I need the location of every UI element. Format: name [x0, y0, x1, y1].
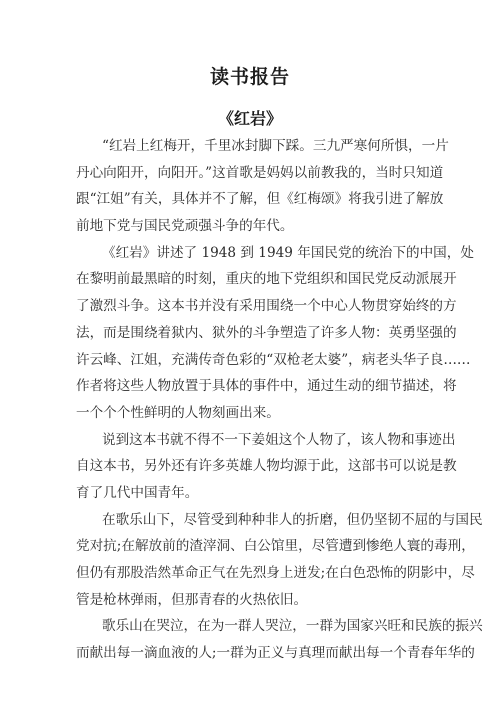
paragraph-line: 育了几代中国青年。	[76, 480, 428, 507]
paragraph-line: 在黎明前最黑暗的时刻，重庆的地下党组织和国民党反动派展开	[76, 266, 428, 293]
paragraph-line: “红岩上红梅开，千里冰封脚下踩。三九严寒何所惧，一片	[76, 133, 428, 160]
paragraph-line: 自这本书，另外还有许多英雄人物均源于此，这部书可以说是教	[76, 453, 428, 480]
paragraph-line: 管是枪林弹雨，但那青春的火热依旧。	[76, 587, 428, 614]
paragraph-line: 作者将这些人物放置于具体的事件中，通过生动的细节描述，将	[76, 373, 428, 400]
paragraph-line: 党对抗;在解放前的渣滓洞、白公馆里，尽管遭到惨绝人寰的毒刑，	[76, 533, 428, 560]
paragraph-line: 《红岩》讲述了 1948 到 1949 年国民党的统治下的中国，处	[76, 240, 428, 267]
paragraph-line: 说到这本书就不得不一下姜姐这个人物了，该人物和事迹出	[76, 427, 428, 454]
paragraph-1: “红岩上红梅开，千里冰封脚下踩。三九严寒何所惧，一片 丹心向阳开，向阳开。”这首…	[76, 133, 428, 240]
paragraph-line: 法，而是围绕着狱内、狱外的斗争塑造了许多人物：英勇坚强的	[76, 320, 428, 347]
paragraph-line: 但仍有那股浩然革命正气在先烈身上迸发;在白色恐怖的阴影中，尽	[76, 560, 428, 587]
paragraph-line: 丹心向阳开，向阳开。”这首歌是妈妈以前教我的，当时只知道	[76, 160, 428, 187]
paragraph-line: 歌乐山在哭泣，在为一群人哭泣，一群为国家兴旺和民族的振兴	[76, 613, 428, 640]
paragraph-3: 说到这本书就不得不一下姜姐这个人物了，该人物和事迹出 自这本书，另外还有许多英雄…	[76, 427, 428, 507]
document-page: 读书报告 《红岩》 “红岩上红梅开，千里冰封脚下踩。三九严寒何所惧，一片 丹心向…	[0, 0, 500, 707]
paragraph-line: 了激烈斗争。这本书并没有采用围绕一个中心人物贯穿始终的方	[76, 293, 428, 320]
document-body: “红岩上红梅开，千里冰封脚下踩。三九严寒何所惧，一片 丹心向阳开，向阳开。”这首…	[76, 133, 428, 667]
paragraph-line: 许云峰、江姐，充满传奇色彩的“双枪老太婆”，病老头华子良……	[76, 347, 428, 374]
paragraph-line: 一个个个性鲜明的人物刻画出来。	[76, 400, 428, 427]
paragraph-line: 跟“江姐”有关，具体并不了解，但《红梅颂》将我引进了解放	[76, 186, 428, 213]
paragraph-4: 在歌乐山下，尽管受到种种非人的折磨，但仍坚韧不屈的与国民 党对抗;在解放前的渣滓…	[76, 507, 428, 614]
paragraph-line: 而献出每一滴血液的人;一群为正义与真理而献出每一个青春年华的	[76, 640, 428, 667]
document-title: 读书报告	[0, 62, 500, 89]
book-title: 《红岩》	[0, 106, 500, 129]
paragraph-2: 《红岩》讲述了 1948 到 1949 年国民党的统治下的中国，处 在黎明前最黑…	[76, 240, 428, 427]
paragraph-line: 在歌乐山下，尽管受到种种非人的折磨，但仍坚韧不屈的与国民	[76, 507, 428, 534]
paragraph-5: 歌乐山在哭泣，在为一群人哭泣，一群为国家兴旺和民族的振兴 而献出每一滴血液的人;…	[76, 613, 428, 666]
paragraph-line: 前地下党与国民党顽强斗争的年代。	[76, 213, 428, 240]
